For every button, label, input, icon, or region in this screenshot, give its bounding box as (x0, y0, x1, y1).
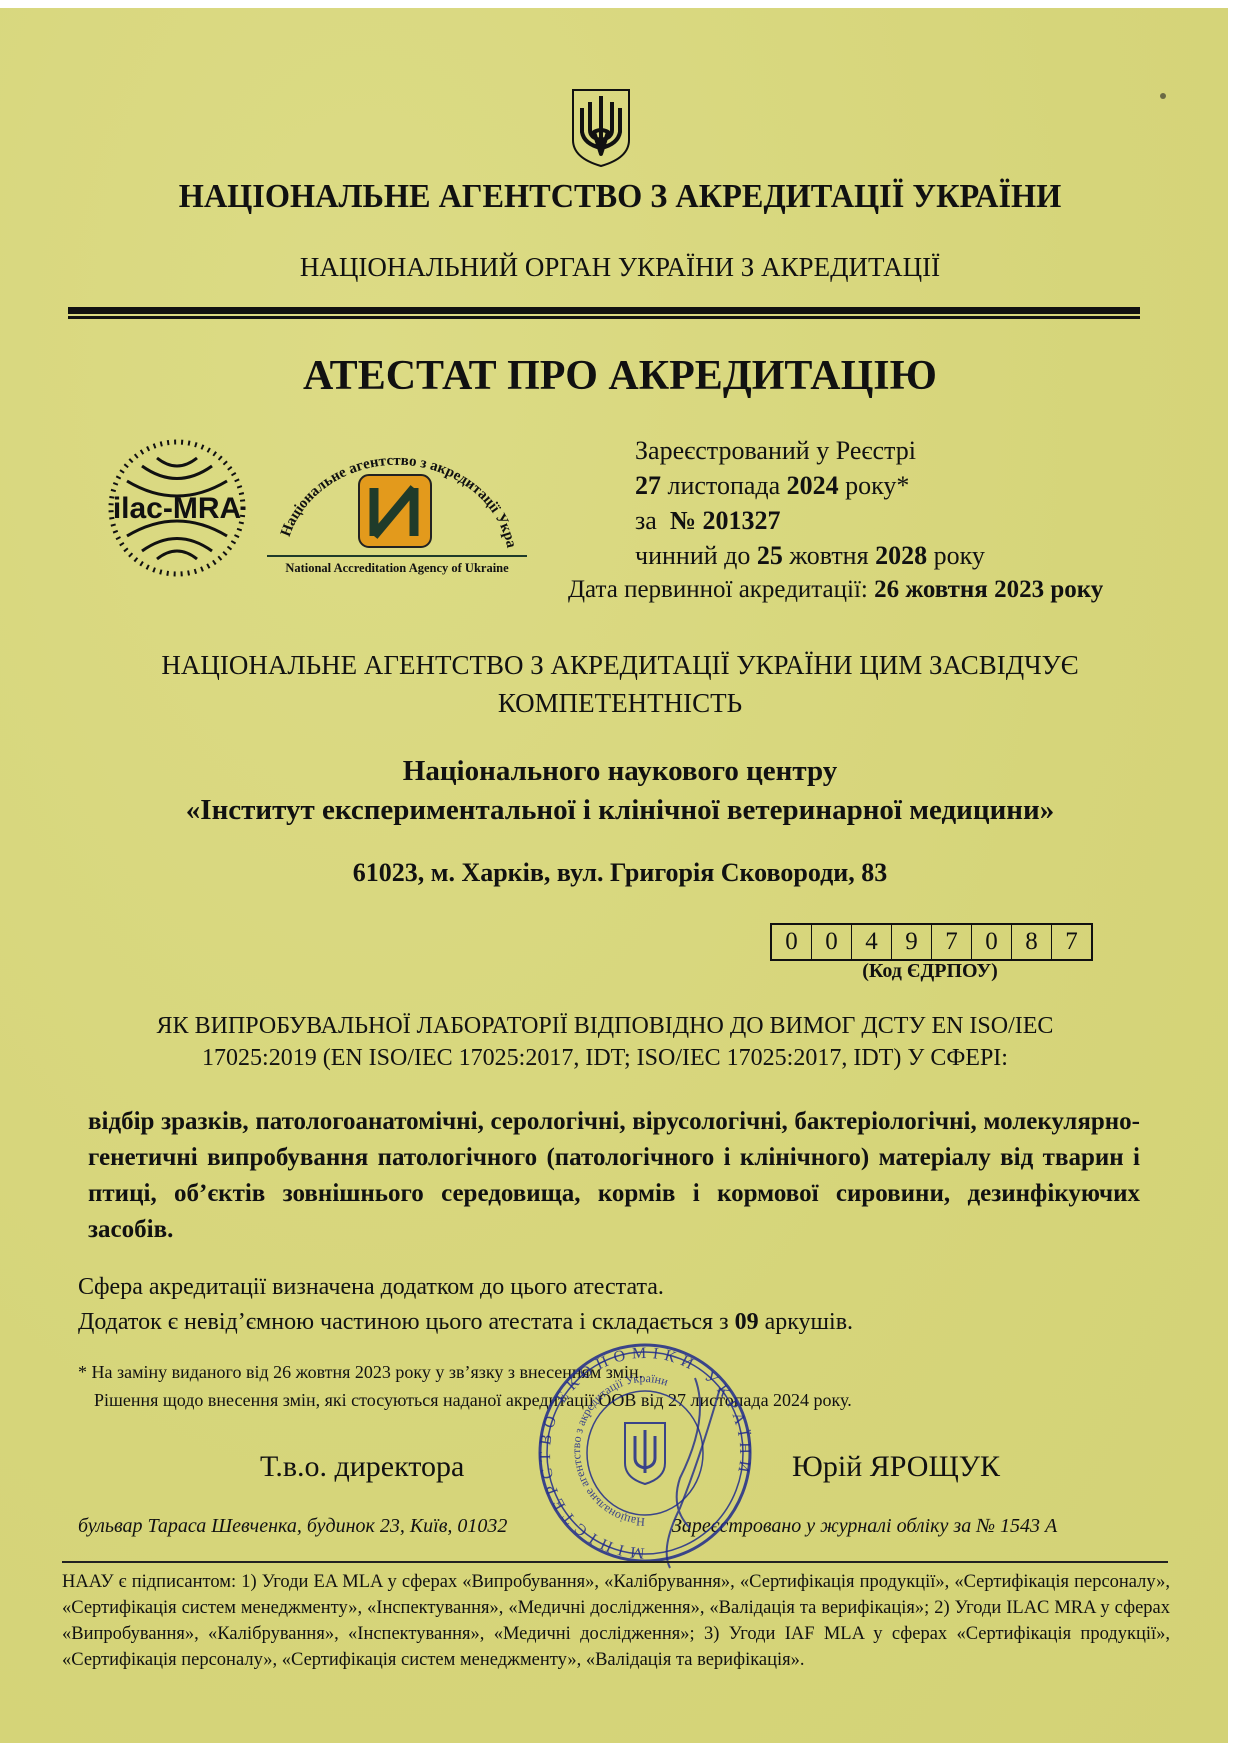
footer-divider (62, 1561, 1168, 1563)
reg-day: 27 (635, 471, 661, 500)
reg-year: 2024 (787, 471, 839, 500)
header-divider (68, 307, 1140, 314)
signer-role: Т.в.о. директора (260, 1450, 464, 1484)
ilac-mra-logo: ilac-MRA (102, 436, 252, 581)
reg-number-prefix: за (635, 506, 657, 535)
mla-signatory-text: НААУ є підписантом: 1) Угоди EA MLA у сф… (62, 1569, 1170, 1673)
edrpou-code: 00497087 (770, 923, 1093, 961)
certificate-title: АТЕСТАТ ПРО АКРЕДИТАЦІЮ (60, 352, 1180, 400)
organization-address: 61023, м. Харків, вул. Григорія Сковород… (60, 858, 1180, 888)
agency-address: бульвар Тараса Шевченка, будинок 23, Киї… (78, 1515, 507, 1538)
registration-date: 27 листопада 2024 року* (635, 468, 985, 503)
valid-year: 2028 (875, 541, 927, 570)
edrpou-digit: 0 (772, 925, 812, 959)
annex-sheets: 09 (735, 1309, 759, 1335)
valid-until: чинний до 25 жовтня 2028 року (635, 538, 985, 573)
edrpou-digit: 7 (932, 925, 972, 959)
valid-day: 25 (757, 541, 783, 570)
paper-speck (1160, 93, 1166, 99)
organization-name: Національного наукового центру «Інститут… (60, 752, 1180, 830)
edrpou-digit: 0 (972, 925, 1012, 959)
signer-name: Юрій ЯРОЩУК (792, 1450, 1000, 1484)
first-accreditation-date: Дата первинної акредитації: 26 жовтня 20… (568, 576, 1103, 604)
annex-line1: Сфера акредитації визначена додатком до … (78, 1270, 853, 1305)
reg-suffix: року* (845, 471, 909, 500)
registration-number: за № 201327 (635, 503, 985, 538)
reg-number: № 201327 (670, 506, 781, 535)
organization-line2: «Інститут експериментальної і клінічної … (60, 791, 1180, 830)
annex-line2: Додаток є невід’ємною частиною цього ате… (78, 1305, 853, 1340)
edrpou-digit: 9 (892, 925, 932, 959)
edrpou-digit: 7 (1052, 925, 1091, 959)
ukraine-trident-emblem-icon (570, 88, 632, 168)
agency-subtitle: НАЦІОНАЛЬНИЙ ОРГАН УКРАЇНИ З АКРЕДИТАЦІЇ (60, 252, 1180, 283)
registration-line: Зареєстрований у Реєстрі (635, 433, 985, 468)
signature-scribble (667, 1378, 720, 1568)
valid-prefix: чинний до (635, 541, 750, 570)
agency-name: НАЦІОНАЛЬНЕ АГЕНТСТВО З АКРЕДИТАЦІЇ УКРА… (88, 178, 1152, 216)
edrpou-label: (Код ЄДРПОУ) (770, 960, 1090, 983)
naau-english-name: National Accreditation Agency of Ukraine (285, 561, 509, 575)
first-accreditation-label: Дата первинної акредитації: (568, 576, 868, 603)
first-accreditation-value: 26 жовтня 2023 року (874, 576, 1103, 603)
edrpou-digit: 0 (812, 925, 852, 959)
edrpou-digit: 8 (1012, 925, 1052, 959)
organization-line1: Національного наукового центру (60, 752, 1180, 791)
valid-suffix: року (934, 541, 985, 570)
reg-month: листопада (668, 471, 781, 500)
annex-suffix: аркушів. (765, 1309, 853, 1335)
ilac-text: ilac-MRA (113, 492, 241, 525)
naau-logo: Національне агентство з акредитації Укра… (262, 438, 532, 578)
accreditation-scope: відбір зразків, патологоанатомічні, серо… (88, 1104, 1140, 1248)
header-divider-thin (68, 316, 1140, 319)
certifies-statement: НАЦІОНАЛЬНЕ АГЕНТСТВО З АКРЕДИТАЦІЇ УКРА… (60, 646, 1180, 722)
certificate-page: НАЦІОНАЛЬНЕ АГЕНТСТВО З АКРЕДИТАЦІЇ УКРА… (0, 8, 1228, 1743)
edrpou-digit: 4 (852, 925, 892, 959)
annex-info: Сфера акредитації визначена додатком до … (78, 1270, 853, 1340)
official-stamp: МІНІСТЕРСТВО ЕКОНОМІКИ УКРАЇНИ Національ… (520, 1338, 770, 1578)
annex-prefix: Додаток є невід’ємною частиною цього ате… (78, 1309, 729, 1335)
laboratory-statement: ЯК ВИПРОБУВАЛЬНОЇ ЛАБОРАТОРІЇ ВІДПОВІДНО… (100, 1010, 1110, 1074)
valid-month: жовтня (789, 541, 868, 570)
registration-block: Зареєстрований у Реєстрі 27 листопада 20… (635, 433, 985, 573)
